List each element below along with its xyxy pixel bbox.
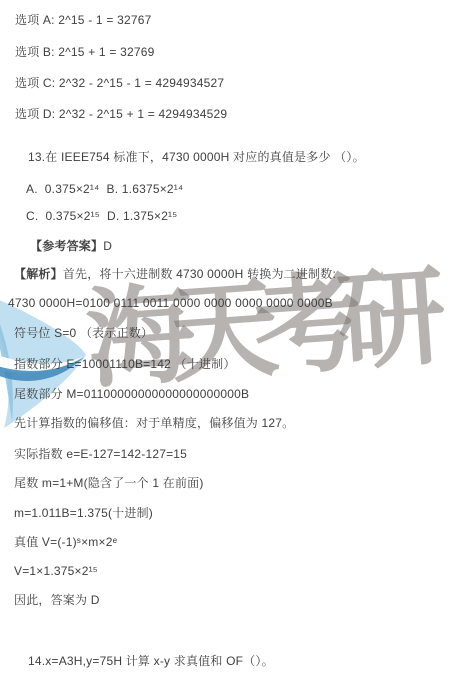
step-exponent-part: 指数部分 E=10001110B=142 （十进制） (14, 357, 236, 371)
question-14-stem: 14.x=A3H,y=75H 计算 x-y 求真值和 OF（）。 (28, 654, 274, 668)
question-13-stem: 13.在 IEEE754 标准下，4730 0000H 对应的真值是多少 （）。 (28, 150, 365, 164)
step-sign-bit: 符号位 S=0 （表示正数） (14, 326, 153, 340)
step-hex-to-binary: 4730 0000H=0100 0111 0011 0000 0000 0000… (8, 296, 333, 310)
reference-answer-label: 【参考答案】 (30, 239, 103, 253)
reference-answer-value: D (103, 239, 112, 253)
step-bias-note: 先计算指数的偏移值：对于单精度，偏移值为 127。 (14, 416, 294, 430)
watermark-text: 海天考研 (81, 231, 427, 409)
prev-option-a: 选项 A: 2^15 - 1 = 32767 (15, 13, 151, 27)
question-13-options-row2: C. 0.375×2¹⁵ D. 1.375×2¹⁵ (26, 209, 177, 223)
document-page: 海天考研 选项 A: 2^15 - 1 = 32767 选项 B: 2^15 +… (0, 0, 457, 674)
analysis-line: 【解析】首先，将十六进制数 4730 0000H 转换为二进制数: (14, 267, 336, 281)
step-conclusion: 因此，答案为 D (14, 593, 100, 607)
prev-option-c: 选项 C: 2^32 - 2^15 - 1 = 4294934527 (15, 76, 224, 90)
analysis-label: 【解析】 (14, 267, 63, 281)
step-mantissa-part: 尾数部分 M=01100000000000000000000B (14, 387, 249, 401)
step-truth-value-result: V=1×1.375×2¹⁵ (14, 564, 98, 578)
prev-option-d: 选项 D: 2^32 - 2^15 + 1 = 4294934529 (15, 107, 227, 121)
step-mantissa-value: m=1.011B=1.375(十进制) (14, 506, 153, 520)
question-13-options-row1: A. 0.375×2¹⁴ B. 1.6375×2¹⁴ (26, 182, 183, 196)
step-actual-exponent: 实际指数 e=E-127=142-127=15 (14, 447, 187, 461)
prev-option-b: 选项 B: 2^15 + 1 = 32769 (15, 45, 154, 59)
analysis-intro: 首先，将十六进制数 4730 0000H 转换为二进制数: (63, 267, 336, 281)
reference-answer-line: 【参考答案】D (30, 239, 112, 253)
step-truth-value-formula: 真值 V=(-1)ˢ×m×2ᵉ (14, 535, 117, 549)
step-mantissa-formula: 尾数 m=1+M(隐含了一个 1 在前面) (14, 476, 204, 490)
